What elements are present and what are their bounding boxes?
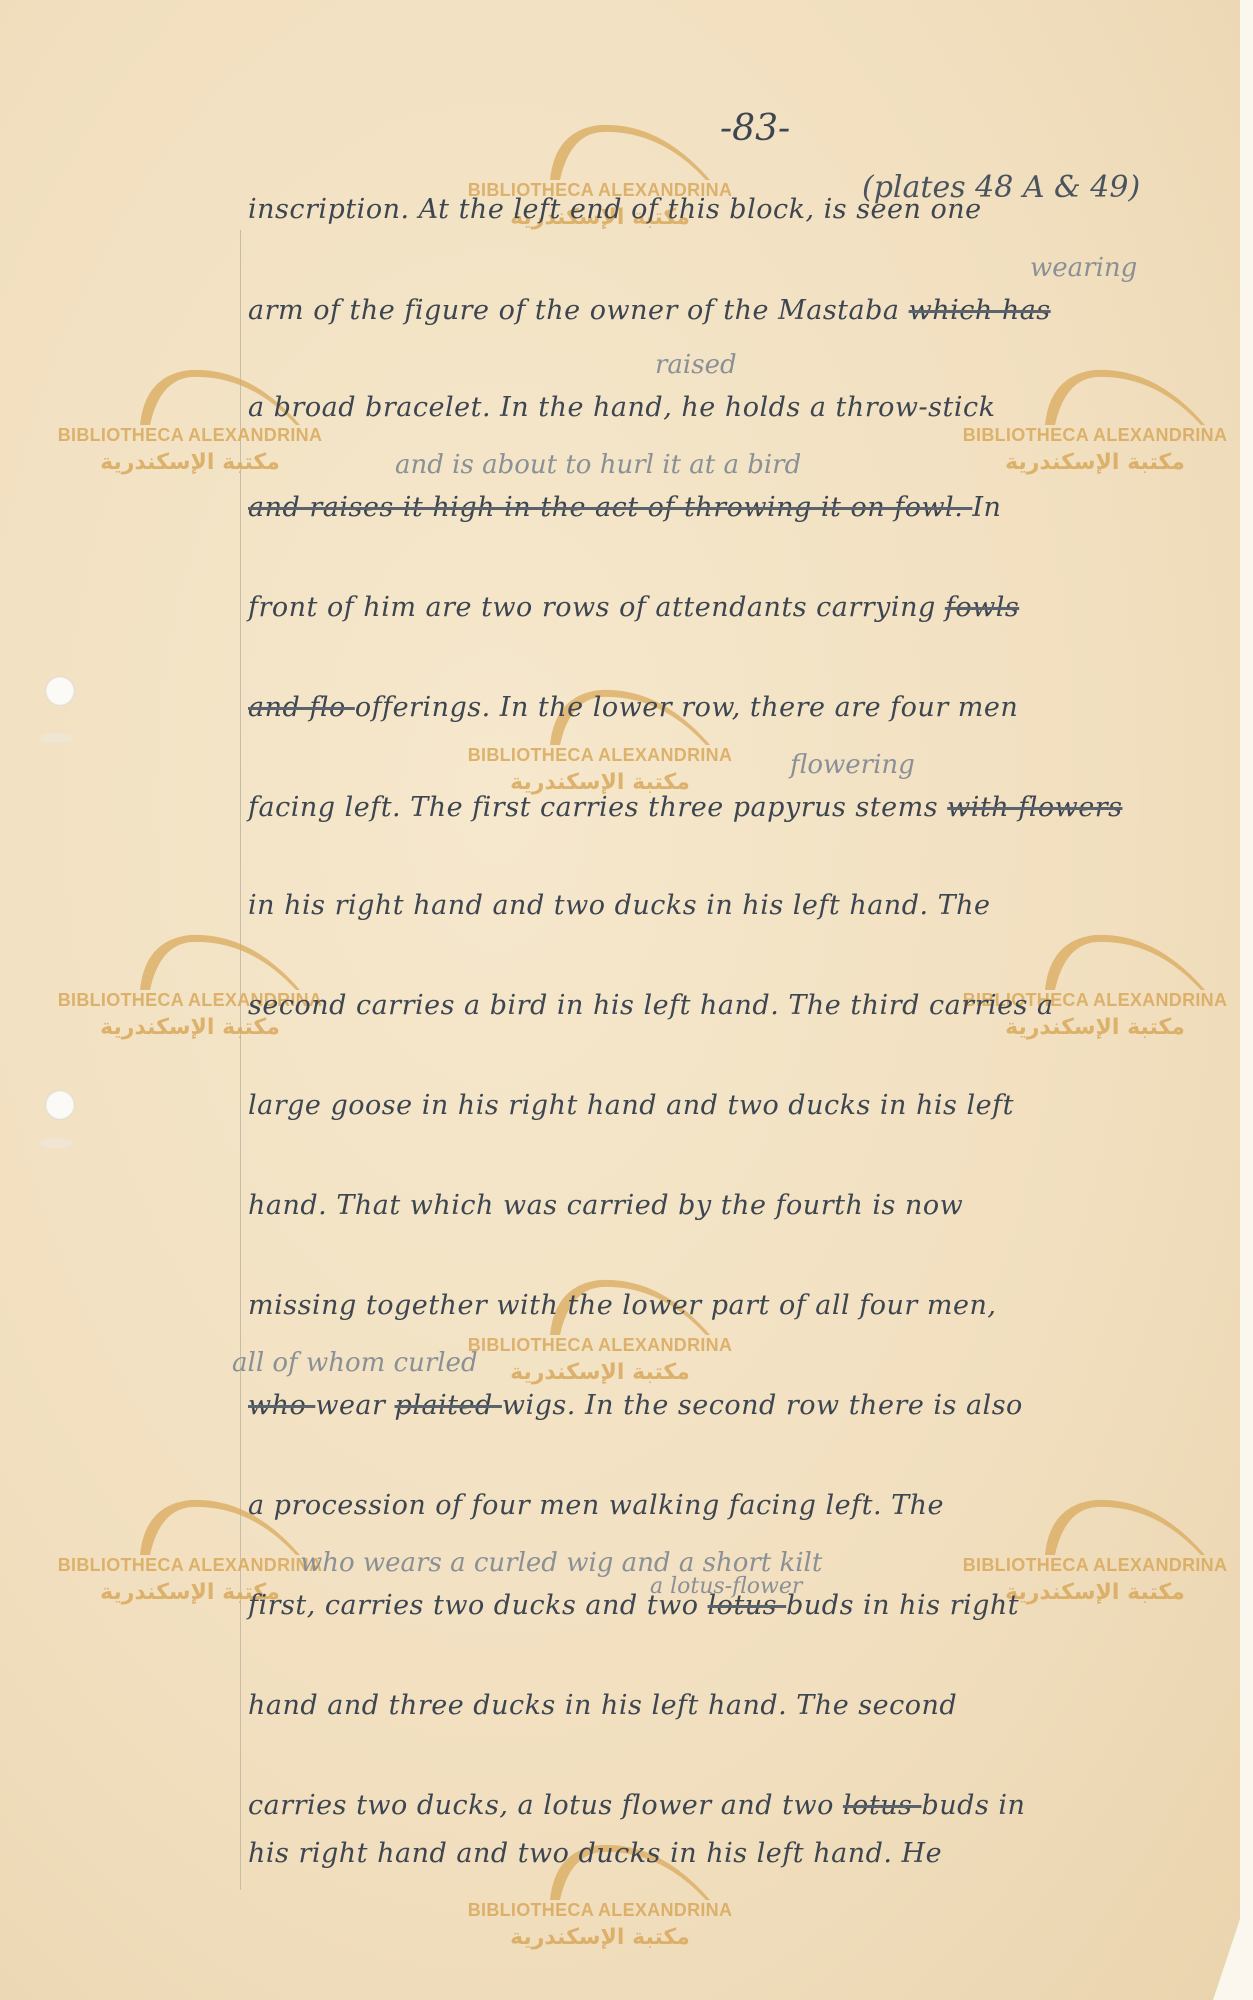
line-text: front of him are two rows of attendants … [248, 592, 945, 623]
line-text: his right hand and two ducks in his left… [248, 1838, 942, 1869]
line-text: hand and three ducks in his left hand. T… [248, 1690, 957, 1721]
margin-rule [240, 230, 241, 1890]
line-text: wigs. In the second row there is also [502, 1390, 1023, 1421]
line-text: carries two ducks, a lotus flower and tw… [248, 1790, 843, 1821]
manuscript-line: a procession of four men walking facing … [248, 1490, 944, 1521]
line-text: a procession of four men walking facing … [248, 1490, 944, 1521]
pencil-insertion: flowering [790, 750, 915, 780]
manuscript-line: first, carries two ducks and two lotus b… [248, 1590, 1019, 1621]
line-text: large goose in his right hand and two du… [248, 1090, 1014, 1121]
watermark: BIBLIOTHECA ALEXANDRINA مكتبة الإسكندرية [450, 665, 750, 795]
manuscript-line: and flo offerings. In the lower row, the… [248, 692, 1018, 723]
manuscript-line: facing left. The first carries three pap… [248, 792, 1122, 823]
line-text: in his right hand and two ducks in his l… [248, 890, 991, 921]
line-text: hand. That which was carried by the four… [248, 1190, 963, 1221]
manuscript-line: a broad bracelet. In the hand, he holds … [248, 392, 995, 423]
line-text: arm of the figure of the owner of the Ma… [248, 295, 909, 326]
line-text: buds in his right [786, 1590, 1019, 1621]
paper-tear [40, 733, 72, 743]
manuscript-line: carries two ducks, a lotus flower and tw… [248, 1790, 1025, 1821]
line-text: wear [315, 1390, 394, 1421]
punch-hole [45, 676, 75, 706]
manuscript-line: who wear plaited wigs. In the second row… [248, 1390, 1023, 1421]
line-text: offerings. In the lower row, there are f… [355, 692, 1018, 723]
line-text: a broad bracelet. In the hand, he holds … [248, 392, 995, 423]
punch-hole [45, 1090, 75, 1120]
line-text: In [972, 492, 1001, 523]
manuscript-line: large goose in his right hand and two du… [248, 1090, 1014, 1121]
manuscript-line: missing together with the lower part of … [248, 1290, 996, 1321]
struck-text: and flo [248, 692, 355, 723]
page-number: -83- [720, 108, 790, 149]
pencil-insertion: wearing [1030, 253, 1137, 283]
manuscript-line: arm of the figure of the owner of the Ma… [248, 295, 1051, 326]
pencil-insertion: raised [655, 350, 737, 380]
manuscript-line: hand and three ducks in his left hand. T… [248, 1690, 957, 1721]
manuscript-line: front of him are two rows of attendants … [248, 592, 1019, 623]
struck-text: and raises it high in the act of throwin… [248, 492, 972, 523]
manuscript-line: and raises it high in the act of throwin… [248, 492, 1001, 523]
pencil-insertion: a lotus-flower [650, 1574, 802, 1599]
struck-text: fowls [945, 592, 1019, 623]
watermark: BIBLIOTHECA ALEXANDRINA مكتبة الإسكندرية [945, 1475, 1245, 1605]
manuscript-line: second carries a bird in his left hand. … [248, 990, 1054, 1021]
manuscript-line: inscription. At the left end of this blo… [248, 194, 982, 225]
line-text: first, carries two ducks and two [248, 1590, 708, 1621]
pencil-insertion: all of whom curled [232, 1348, 478, 1378]
line-text: inscription. At the left end of this blo… [248, 194, 982, 225]
struck-text: plaited [395, 1390, 502, 1421]
corner-fold [1213, 1880, 1253, 2000]
pencil-insertion: and is about to hurl it at a bird [395, 450, 801, 480]
line-text: buds in [922, 1790, 1026, 1821]
struck-text: with flowers [947, 792, 1122, 823]
struck-text: who [248, 1390, 315, 1421]
line-text: facing left. The first carries three pap… [248, 792, 947, 823]
paper-tear [40, 1138, 72, 1148]
manuscript-line: his right hand and two ducks in his left… [248, 1838, 942, 1869]
line-text: missing together with the lower part of … [248, 1290, 996, 1321]
manuscript-line: hand. That which was carried by the four… [248, 1190, 963, 1221]
line-text: second carries a bird in his left hand. … [248, 990, 1054, 1021]
struck-text: which has [909, 295, 1051, 326]
manuscript-line: in his right hand and two ducks in his l… [248, 890, 991, 921]
struck-text: lotus [843, 1790, 922, 1821]
